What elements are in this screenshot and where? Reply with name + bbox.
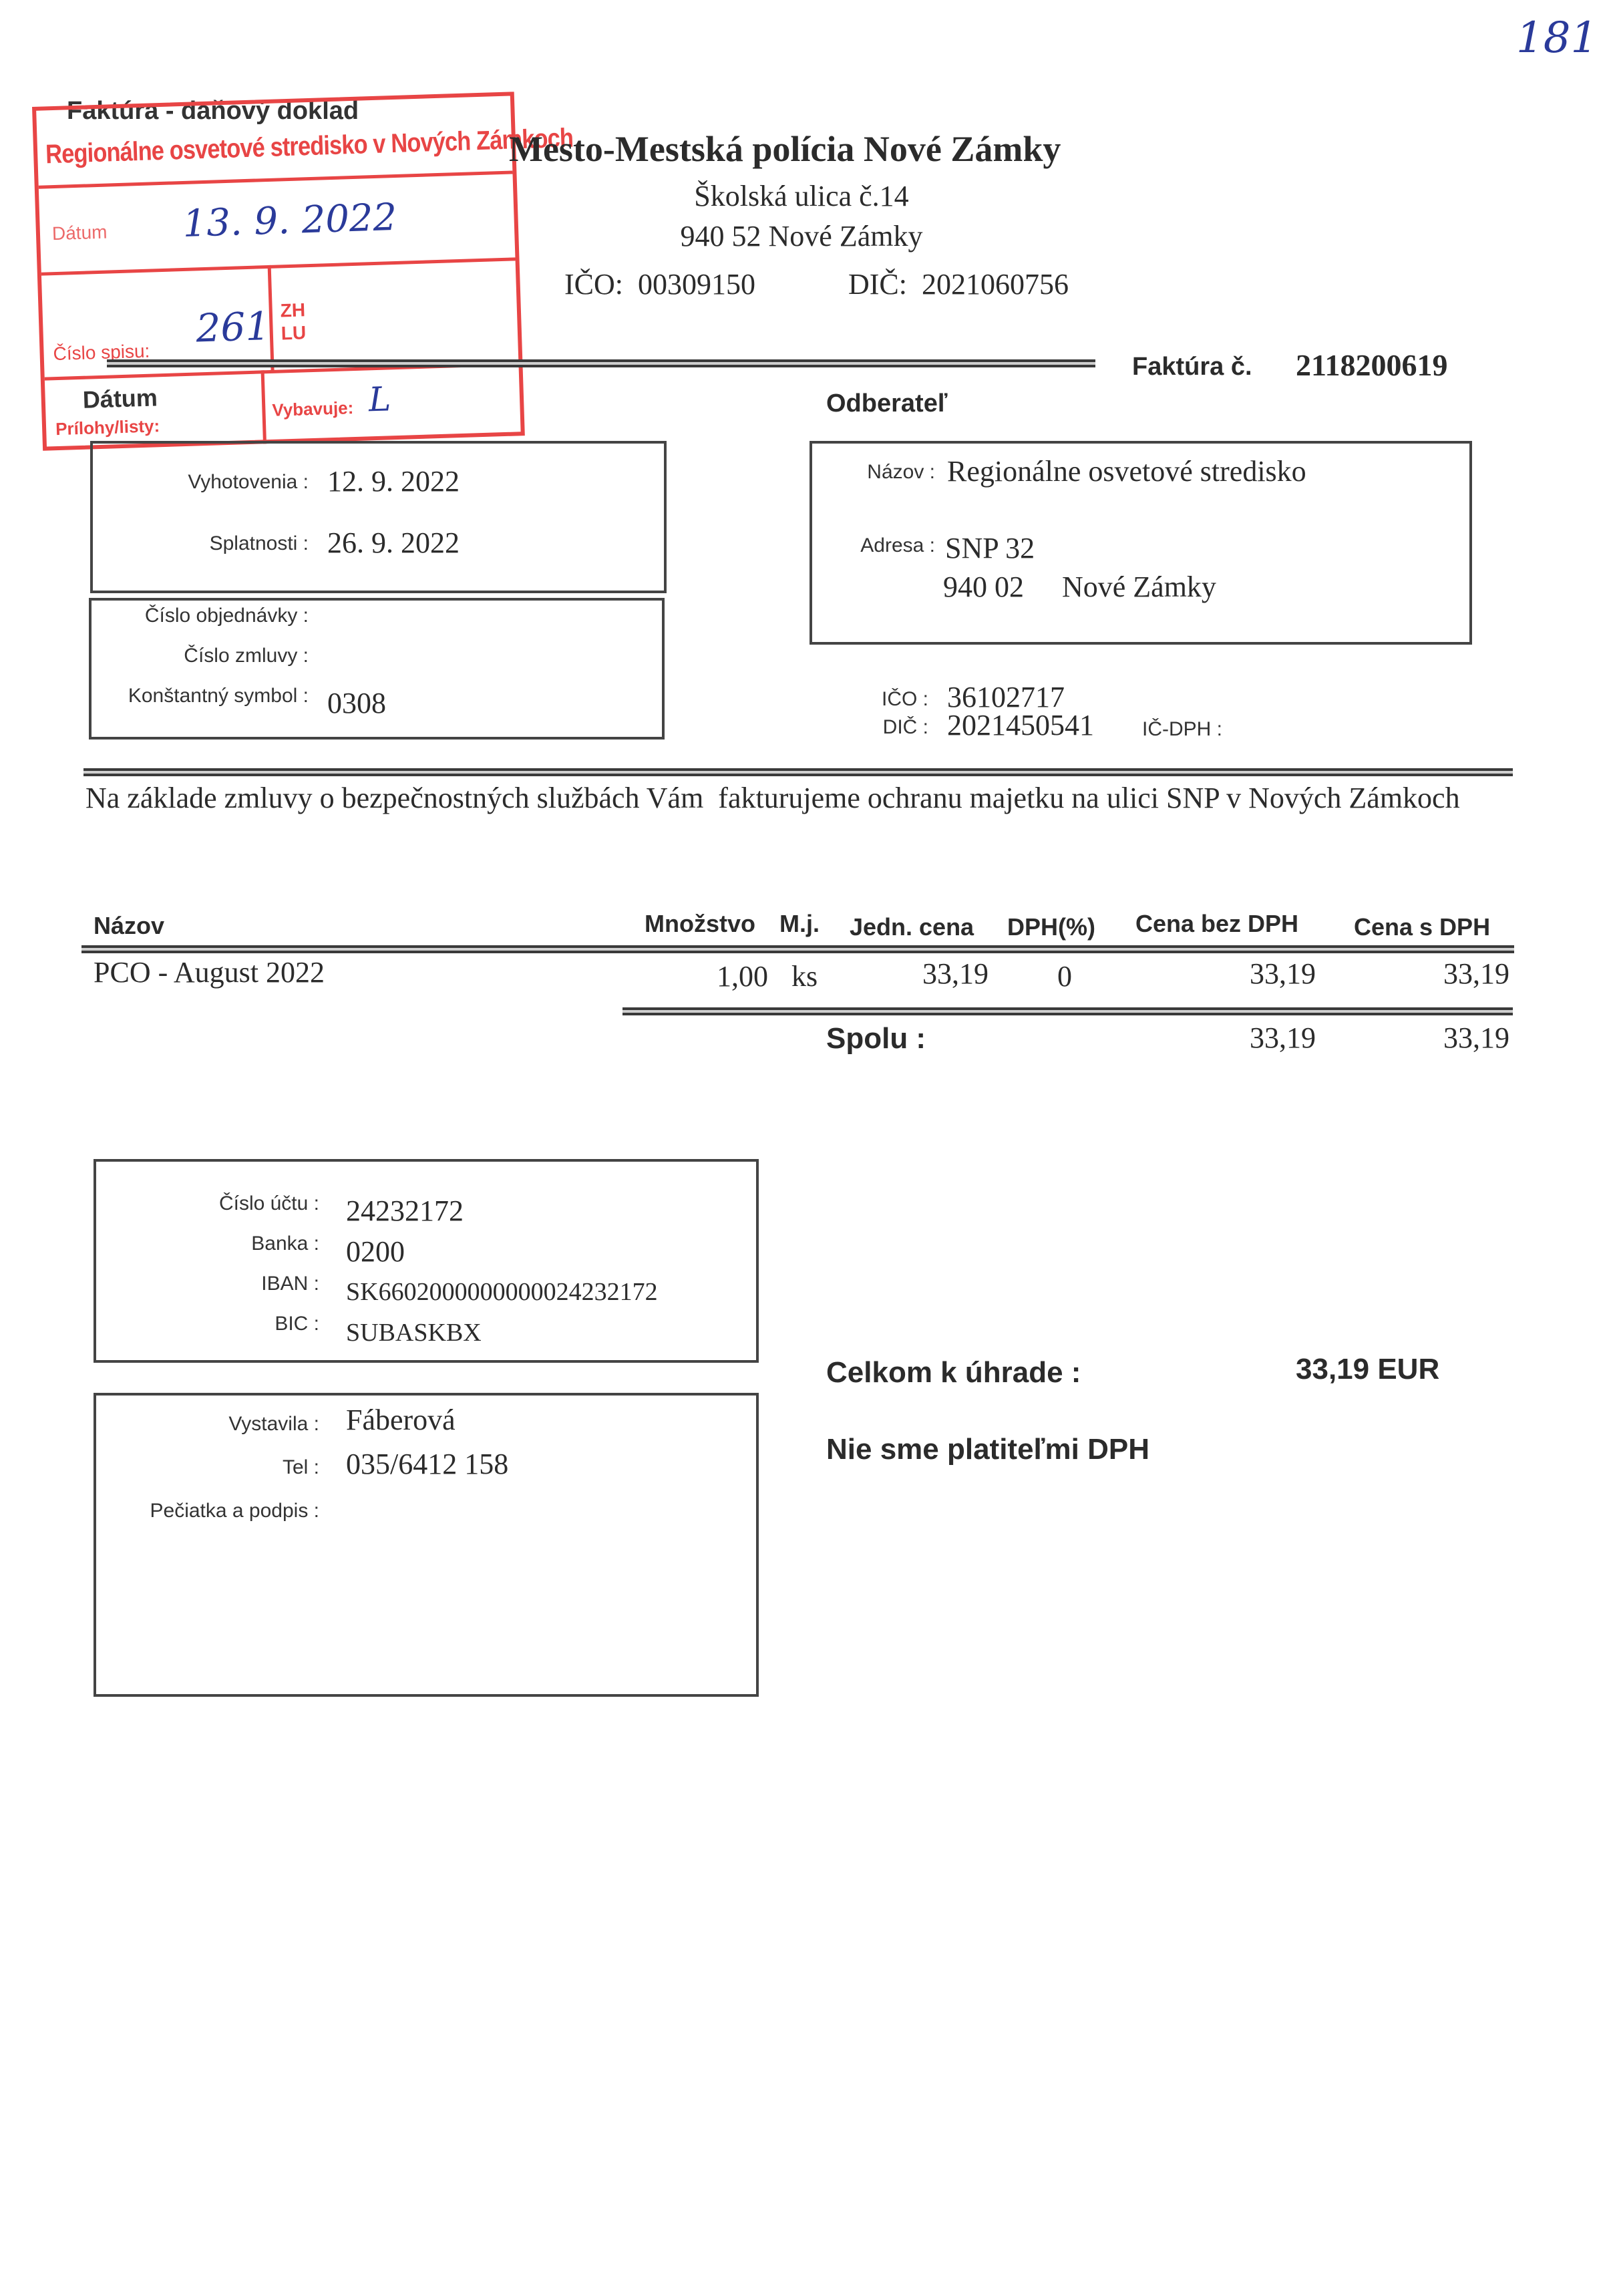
customer-street: SNP 32 xyxy=(945,531,1035,565)
col-header-qty: Množstvo xyxy=(645,910,755,938)
constant-symbol-label: Konštantný symbol : xyxy=(100,685,309,707)
supplier-city: 940 52 Nové Zámky xyxy=(601,219,1002,253)
customer-heading: Odberateľ xyxy=(826,389,947,418)
issued-date: 12. 9. 2022 xyxy=(327,464,460,498)
supplier-name: Mesto-Mestská polícia Nové Zámky xyxy=(509,128,1061,170)
due-date-label: Splatnosti : xyxy=(100,532,309,555)
bic-label: BIC : xyxy=(107,1313,319,1335)
stamp-dept-codes: ZH LU xyxy=(280,299,306,345)
dept-code: LU xyxy=(281,321,306,345)
invoice-description: Na základe zmluvy o bezpečnostných služb… xyxy=(85,780,1522,816)
tel: 035/6412 158 xyxy=(346,1447,508,1481)
bank-code-label: Banka : xyxy=(107,1233,319,1255)
customer-icdph-label: IČ-DPH : xyxy=(1142,718,1222,741)
supplier-dic: DIČ: 2021060756 xyxy=(848,267,1069,301)
row-unit: ks xyxy=(791,959,818,993)
stamp-signature-label: Pečiatka a podpis : xyxy=(107,1500,319,1522)
issuer-box xyxy=(94,1393,759,1697)
stamp-handled-by-label: Vybavuje: xyxy=(272,397,354,421)
tel-label: Tel : xyxy=(107,1456,319,1479)
col-header-net: Cena bez DPH xyxy=(1135,910,1298,938)
stamp-record-value: 261 xyxy=(195,303,271,351)
row-vat: 0 xyxy=(1057,959,1072,993)
supplier-street: Školská ulica č.14 xyxy=(668,179,935,213)
registry-stamp: Regionálne osvetové stredisko v Nových Z… xyxy=(32,92,530,454)
total-net: 33,19 xyxy=(1182,1021,1316,1055)
table-header-divider xyxy=(81,945,1514,953)
stamp-handled-by-value: L xyxy=(368,379,391,419)
stamp-date-label: Dátum xyxy=(51,222,107,245)
customer-dic-label: DIČ : xyxy=(862,716,928,739)
stamp-date-label-2: Dátum xyxy=(82,383,158,414)
bic: SUBASKBX xyxy=(346,1318,482,1347)
invoice-number: 2118200619 xyxy=(1296,347,1447,383)
row-net: 33,19 xyxy=(1182,957,1316,991)
col-header-unit: M.j. xyxy=(779,910,820,938)
customer-dic: 2021450541 xyxy=(947,708,1094,742)
customer-name: Regionálne osvetové stredisko xyxy=(947,454,1306,488)
total-due-label: Celkom k úhrade : xyxy=(826,1356,1081,1389)
order-number-label: Číslo objednávky : xyxy=(100,605,309,627)
issued-by: Fáberová xyxy=(346,1403,456,1437)
issued-by-label: Vystavila : xyxy=(107,1413,319,1436)
col-header-gross: Cena s DPH xyxy=(1354,913,1490,941)
col-header-name: Názov xyxy=(94,912,164,940)
col-header-unit-price: Jedn. cena xyxy=(850,913,974,941)
iban: SK6602000000000024232172 xyxy=(346,1277,658,1307)
customer-address-label: Adresa : xyxy=(828,534,935,557)
row-gross: 33,19 xyxy=(1376,957,1509,991)
contract-number-label: Číslo zmluvy : xyxy=(100,645,309,667)
table-total-divider xyxy=(622,1007,1513,1015)
account-number-label: Číslo účtu : xyxy=(107,1192,319,1215)
handwritten-page-number: 181 xyxy=(1516,13,1598,63)
vat-note: Nie sme platiteľmi DPH xyxy=(826,1433,1149,1466)
constant-symbol: 0308 xyxy=(327,686,386,720)
customer-zip: 940 02 xyxy=(943,570,1024,604)
total-label: Spolu : xyxy=(826,1022,926,1055)
row-qty: 1,00 xyxy=(648,959,768,993)
supplier-ico-label: IČO: xyxy=(564,268,623,301)
invoice-number-label: Faktúra č. xyxy=(1132,353,1252,381)
customer-city: Nové Zámky xyxy=(1062,570,1216,604)
customer-ico-label: IČO : xyxy=(862,688,928,711)
supplier-ico-value: 00309150 xyxy=(638,268,755,301)
supplier-dic-value: 2021060756 xyxy=(922,268,1069,301)
row-name: PCO - August 2022 xyxy=(94,955,325,989)
stamp-attachments-label: Prílohy/listy: xyxy=(55,416,160,440)
supplier-ico: IČO: 00309150 xyxy=(564,267,755,301)
total-due: 33,19 EUR xyxy=(1296,1353,1439,1386)
bank-code: 0200 xyxy=(346,1235,405,1269)
header-divider xyxy=(107,359,1095,367)
col-header-vat: DPH(%) xyxy=(1007,913,1095,941)
stamp-date-value: 13. 9. 2022 xyxy=(182,196,397,246)
supplier-dic-label: DIČ: xyxy=(848,268,907,301)
iban-label: IBAN : xyxy=(107,1273,319,1295)
total-gross: 33,19 xyxy=(1376,1021,1509,1055)
issued-date-label: Vyhotovenia : xyxy=(100,471,309,494)
customer-name-label: Názov : xyxy=(828,461,935,484)
row-unit-price: 33,19 xyxy=(855,957,989,991)
description-divider xyxy=(83,768,1513,776)
due-date: 26. 9. 2022 xyxy=(327,526,460,560)
dept-code: ZH xyxy=(280,299,305,322)
account-number: 24232172 xyxy=(346,1194,464,1228)
